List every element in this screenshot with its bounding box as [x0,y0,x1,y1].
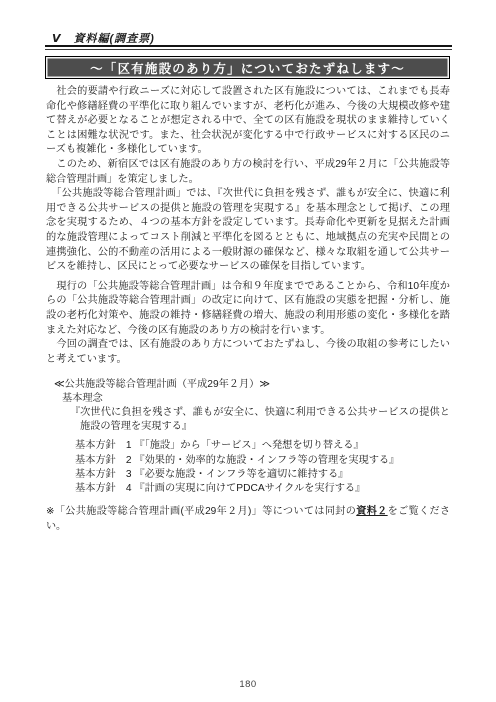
section-header: Ⅴ 資料編(調査票) [52,30,155,46]
title-banner-text: ～「区有施設のあり方」についておたずねします～ [90,59,405,77]
paragraph: 現行の「公共施設等総合管理計画」は令和９年度までであることから、令和10年度から… [46,280,450,338]
page-number: 180 [0,679,496,690]
plan-heading: ≪公共施設等総合管理計画（平成29年２月）≫ [54,378,450,392]
plan-principle-label: 基本理念 [62,392,450,406]
plan-policy-item: 基本方針 3 『必要な施設・インフラ等を適切に維持する』 [75,468,450,482]
header-rule [45,45,452,50]
paragraph: 社会的要請や行政ニーズに対応して設置された区有施設については、これまでも長寿命化… [46,85,450,158]
paragraph: このため、新宿区では区有施設のあり方の検討を行い、平成29年２月に「公共施設等総… [46,158,450,187]
note-prefix: ※「公共施設等総合管理計画(平成29年２月)」等については同封の [46,506,356,517]
paragraph: 今回の調査では、区有施設のあり方についておたずねし、今後の取組の参考にしたいと考… [46,338,450,367]
paragraph: 「公共施設等総合管理計画」では、『次世代に負担を残さず、誰もが安全に、快適に利用… [46,187,450,275]
plan-policy-item: 基本方針 1 『「施設」から「サービス」へ発想を切り替える』 [75,439,450,453]
title-banner: ～「区有施設のあり方」についておたずねします～ [45,56,450,79]
reference-note: ※「公共施設等総合管理計画(平成29年２月)」等については同封の資料２をご覧くだ… [46,505,450,534]
plan-policy-item: 基本方針 2 『効果的・効率的な施設・インフラ等の管理を実現する』 [75,454,450,468]
plan-policy-item: 基本方針 4 『計画の実現に向けてPDCAサイクルを実行する』 [75,482,450,496]
plan-policy-list: 基本方針 1 『「施設」から「サービス」へ発想を切り替える』 基本方針 2 『効… [75,439,450,496]
document-body: 社会的要請や行政ニーズに対応して設置された区有施設については、これまでも長寿命化… [46,85,450,534]
plan-summary-block: ≪公共施設等総合管理計画（平成29年２月）≫ 基本理念 『次世代に負担を残さず、… [46,378,450,496]
note-emphasis: 資料２ [356,506,387,517]
plan-principle-text: 『次世代に負担を残さず、誰もが安全に、快適に利用できる公共サービスの提供と施設の… [80,406,450,434]
document-page: Ⅴ 資料編(調査票) ～「区有施設のあり方」についておたずねします～ 社会的要請… [0,0,496,702]
